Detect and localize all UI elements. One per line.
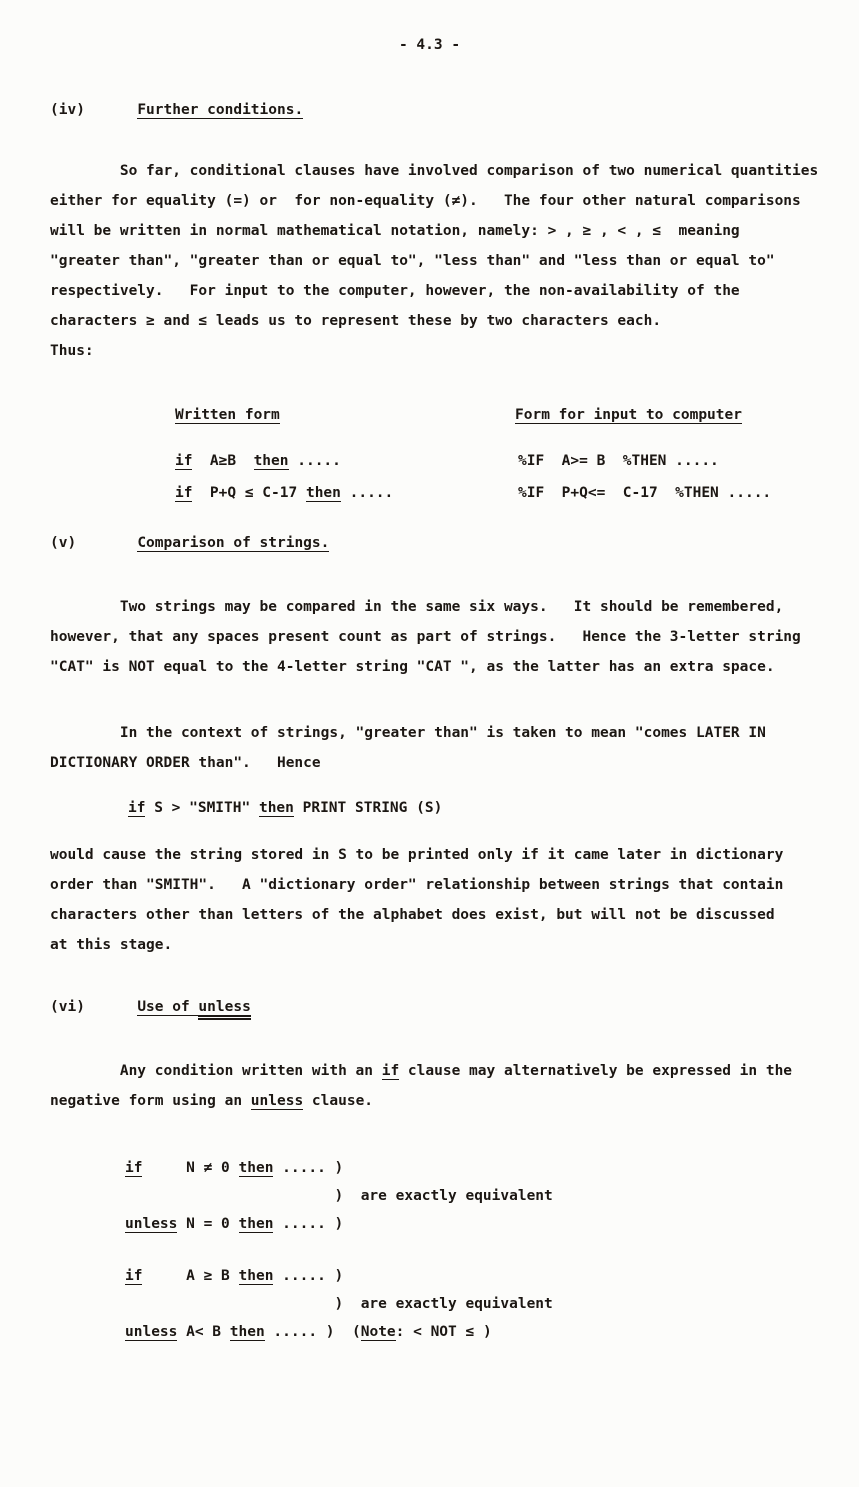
text-line: "greater than", "greater than or equal t… — [50, 246, 818, 276]
text-line: "CAT" is NOT equal to the 4-letter strin… — [50, 652, 801, 682]
text-line: Form for input to computer — [515, 400, 742, 430]
text-line: ) are exactly equivalent — [125, 1290, 553, 1318]
text-line: Two strings may be compared in the same … — [50, 592, 801, 622]
text-line: In the context of strings, "greater than… — [50, 718, 766, 748]
text-line: if S > "SMITH" then PRINT STRING (S) — [128, 793, 442, 823]
text-line: Thus: — [50, 336, 818, 366]
text-line: if A≥B then ..... — [175, 445, 393, 477]
text-line: would cause the string stored in S to be… — [50, 840, 783, 870]
text-line: will be written in normal mathematical n… — [50, 216, 818, 246]
text-line: order than "SMITH". A "dictionary order"… — [50, 870, 783, 900]
text-line: if P+Q ≤ C-17 then ..... — [175, 477, 393, 509]
equivalence-example-2: if A ≥ B then ..... ) ) are exactly equi… — [125, 1262, 553, 1346]
table-computer-rows: %IF A>= B %THEN .....%IF P+Q<= C-17 %THE… — [518, 445, 771, 509]
section-v-paragraph-1: Two strings may be compared in the same … — [50, 592, 801, 682]
section-vi-paragraph: Any condition written with an if clause … — [50, 1056, 792, 1116]
text-line: however, that any spaces present count a… — [50, 622, 801, 652]
text-line: unless N = 0 then ..... ) — [125, 1210, 553, 1238]
text-line: at this stage. — [50, 930, 783, 960]
table-header-written-form: Written form — [175, 400, 280, 430]
table-header-computer-form: Form for input to computer — [515, 400, 742, 430]
text-line: ) are exactly equivalent — [125, 1182, 553, 1210]
text-line: %IF A>= B %THEN ..... — [518, 445, 771, 477]
section-vi-heading: (vi) Use of unless — [50, 992, 251, 1022]
section-v-paragraph-3: would cause the string stored in S to be… — [50, 840, 783, 960]
code-example-smith: if S > "SMITH" then PRINT STRING (S) — [128, 793, 442, 823]
document-page: - 4.3 - (iv) Further conditions. So far,… — [0, 0, 859, 1487]
text-line: if A ≥ B then ..... ) — [125, 1262, 553, 1290]
section-iv-heading: (iv) Further conditions. — [50, 95, 303, 125]
text-line: unless A< B then ..... ) (Note: < NOT ≤ … — [125, 1318, 553, 1346]
text-line: (iv) Further conditions. — [50, 95, 303, 125]
equivalence-example-1: if N ≠ 0 then ..... ) ) are exactly equi… — [125, 1154, 553, 1238]
text-line: characters other than letters of the alp… — [50, 900, 783, 930]
text-line: if N ≠ 0 then ..... ) — [125, 1154, 553, 1182]
section-iv-paragraph: So far, conditional clauses have involve… — [50, 156, 818, 366]
section-v-heading: (v) Comparison of strings. — [50, 528, 329, 558]
text-line: (v) Comparison of strings. — [50, 528, 329, 558]
section-v-paragraph-2: In the context of strings, "greater than… — [50, 718, 766, 778]
text-line: Any condition written with an if clause … — [50, 1056, 792, 1086]
table-written-rows: if A≥B then .....if P+Q ≤ C-17 then ....… — [175, 445, 393, 509]
text-line: characters ≥ and ≤ leads us to represent… — [50, 306, 818, 336]
text-line: DICTIONARY ORDER than". Hence — [50, 748, 766, 778]
text-line: Written form — [175, 400, 280, 430]
text-line: So far, conditional clauses have involve… — [50, 156, 818, 186]
text-line: respectively. For input to the computer,… — [50, 276, 818, 306]
text-line: %IF P+Q<= C-17 %THEN ..... — [518, 477, 771, 509]
text-line: either for equality (=) or for non-equal… — [50, 186, 818, 216]
page-number: - 4.3 - — [0, 30, 859, 60]
text-line: (vi) Use of unless — [50, 992, 251, 1022]
text-line: negative form using an unless clause. — [50, 1086, 792, 1116]
